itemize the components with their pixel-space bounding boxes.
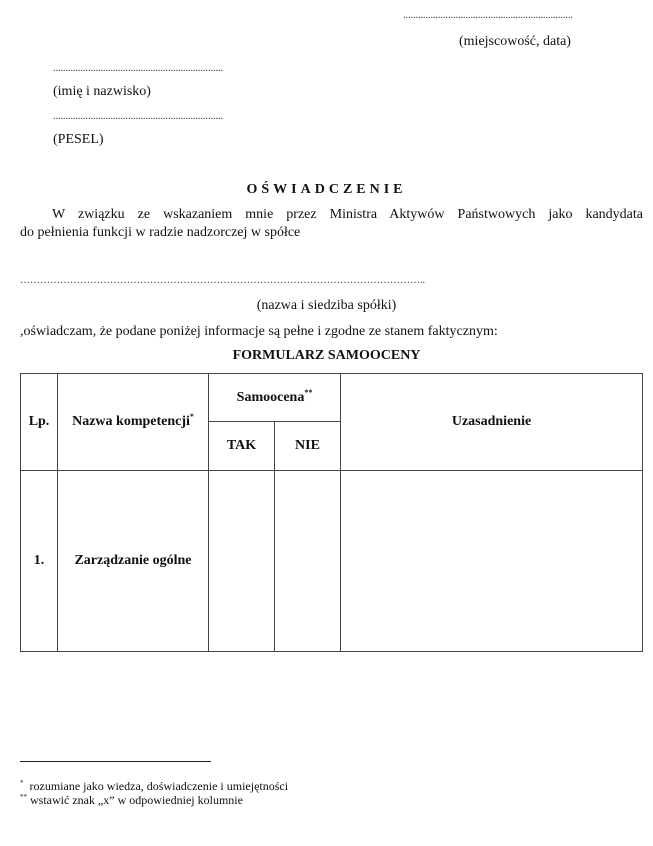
table-row: 1. Zarządzanie ogólne [21,471,643,652]
header-yes: TAK [209,422,275,471]
place-date-label: (miejscowość, data) [459,34,571,50]
row-competence-name: Zarządzanie ogólne [58,471,209,652]
pesel-label: (PESEL) [53,132,104,148]
row-no-cell[interactable] [275,471,341,652]
document-title: OŚWIADCZENIE [0,182,653,198]
footnote-1: * rozumiane jako wiedza, doświadczenie i… [20,779,288,794]
pesel-field[interactable]: ........................................… [53,111,223,122]
form-title: FORMULARZ SAMOOCENY [0,348,653,364]
statement-text: ,oświadczam, że podane poniżej informacj… [20,324,498,340]
company-label: (nazwa i siedziba spółki) [0,298,653,314]
place-date-field[interactable]: ........................................… [403,10,573,21]
header-no: NIE [275,422,341,471]
company-field[interactable]: …………………………………………………………………………………………………………… [20,275,643,286]
footnote-2: ** wstawić znak „x” w odpowiedniej kolum… [20,793,243,808]
self-assessment-table: Lp. Nazwa kompetencji* Samoocena** Uzasa… [20,373,643,652]
intro-paragraph: W związku ze wskazaniem mnie przez Minis… [20,206,643,242]
footnote-divider [20,761,211,762]
header-lp: Lp. [21,374,58,471]
intro-line-2: do pełnienia funkcji w radzie nadzorczej… [20,224,643,242]
row-yes-cell[interactable] [209,471,275,652]
intro-line-1: W związku ze wskazaniem mnie przez Minis… [20,206,643,224]
row-lp: 1. [21,471,58,652]
header-justification: Uzasadnienie [341,374,643,471]
row-justification-cell[interactable] [341,471,643,652]
header-self-assessment: Samoocena** [209,374,341,422]
full-name-label: (imię i nazwisko) [53,84,151,100]
full-name-field[interactable]: ........................................… [53,63,223,74]
header-competence-name: Nazwa kompetencji* [58,374,209,471]
